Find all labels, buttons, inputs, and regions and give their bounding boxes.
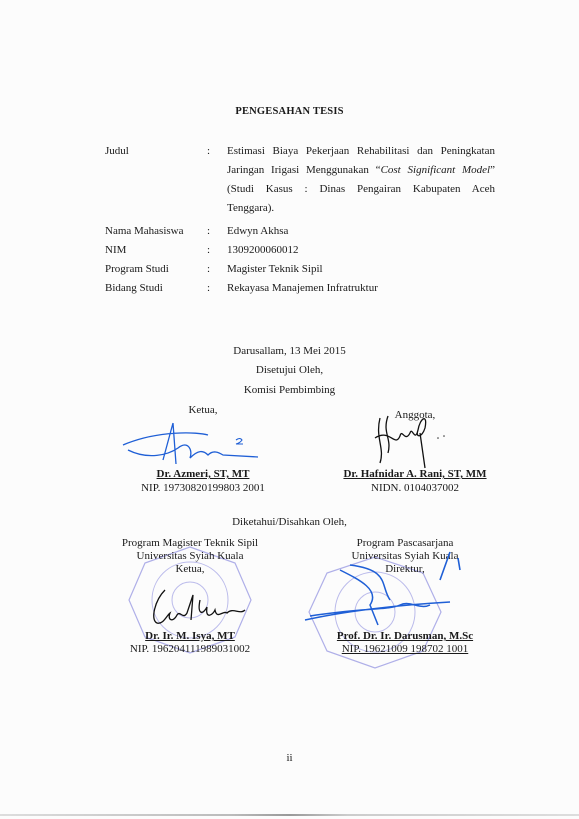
field-study-program: Program Studi : Magister Teknik Sipil: [105, 260, 505, 279]
title-line-4: Tenggara).: [227, 199, 495, 218]
supervisor-member-name: Dr. Hafnidar A. Rani, ST, MM: [330, 468, 500, 481]
field-colon: :: [207, 279, 210, 298]
page-title: PENGESAHAN TESIS: [0, 106, 579, 117]
ratified-by: Diketahui/Disahkan Oleh,: [0, 516, 579, 528]
field-colon: :: [207, 241, 210, 260]
field-title: Judul : Estimasi Biaya Pekerjaan Rehabil…: [105, 142, 505, 222]
title-line-2: Jaringan Irigasi Menggunakan “Cost Signi…: [227, 161, 495, 180]
official-left-unit: Program Magister Teknik Sipil Universita…: [100, 537, 280, 576]
field-value: Estimasi Biaya Pekerjaan Rehabilitasi da…: [227, 142, 495, 218]
field-label: Program Studi: [105, 260, 205, 279]
field-colon: :: [207, 260, 210, 279]
page-bottom-edge: [0, 814, 579, 816]
approved-by: Disetujui Oleh,: [0, 364, 579, 376]
official-left-name: Dr. Ir. M. Isya, MT: [100, 630, 280, 643]
supervisor-chair-name: Dr. Azmeri, ST, MT: [118, 468, 288, 481]
supervisor-chair-role: Ketua,: [118, 404, 288, 417]
committee-label: Komisi Pembimbing: [0, 384, 579, 396]
signature-chair-icon: [118, 420, 288, 470]
signature-member-icon: [370, 408, 450, 470]
official-right-id: NIP. 19621009 198702 1001: [315, 643, 495, 656]
field-study-field: Bidang Studi : Rekayasa Manajemen Infrat…: [105, 279, 505, 298]
field-value: Rekayasa Manajemen Infratruktur: [227, 279, 495, 298]
place-date: Darusallam, 13 Mei 2015: [0, 345, 579, 357]
field-label: Nama Mahasiswa: [105, 222, 205, 241]
field-label: Judul: [105, 142, 205, 161]
page-number: ii: [0, 752, 579, 764]
official-right-name: Prof. Dr. Ir. Darusman, M.Sc: [315, 630, 495, 643]
field-value: 1309200060012: [227, 241, 495, 260]
field-student-name: Nama Mahasiswa : Edwyn Akhsa: [105, 222, 505, 241]
official-left-id: NIP. 196204111989031002: [100, 643, 280, 656]
title-line-3: (Studi Kasus : Dinas Pengairan Kabupaten…: [227, 180, 495, 199]
official-left-role: Ketua,: [100, 563, 280, 576]
field-value: Magister Teknik Sipil: [227, 260, 495, 279]
field-label: Bidang Studi: [105, 279, 205, 298]
official-left-unit-line1: Program Magister Teknik Sipil: [100, 537, 280, 550]
signature-right-official-icon: [300, 550, 500, 630]
official-right-unit-line1: Program Pascasarjana: [315, 537, 495, 550]
field-colon: :: [207, 142, 210, 161]
document-page: PENGESAHAN TESIS Judul : Estimasi Biaya …: [0, 0, 579, 819]
field-nim: NIM : 1309200060012: [105, 241, 505, 260]
supervisor-member-id: NIDN. 0104037002: [330, 482, 500, 495]
supervisor-chair-id: NIP. 19730820199803 2001: [118, 482, 288, 495]
field-colon: :: [207, 222, 210, 241]
field-label: NIM: [105, 241, 205, 260]
field-value: Edwyn Akhsa: [227, 222, 495, 241]
official-left-unit-line2: Universitas Syiah Kuala: [100, 550, 280, 563]
title-line-1: Estimasi Biaya Pekerjaan Rehabilitasi da…: [227, 142, 495, 161]
signature-left-official-icon: [145, 585, 255, 630]
